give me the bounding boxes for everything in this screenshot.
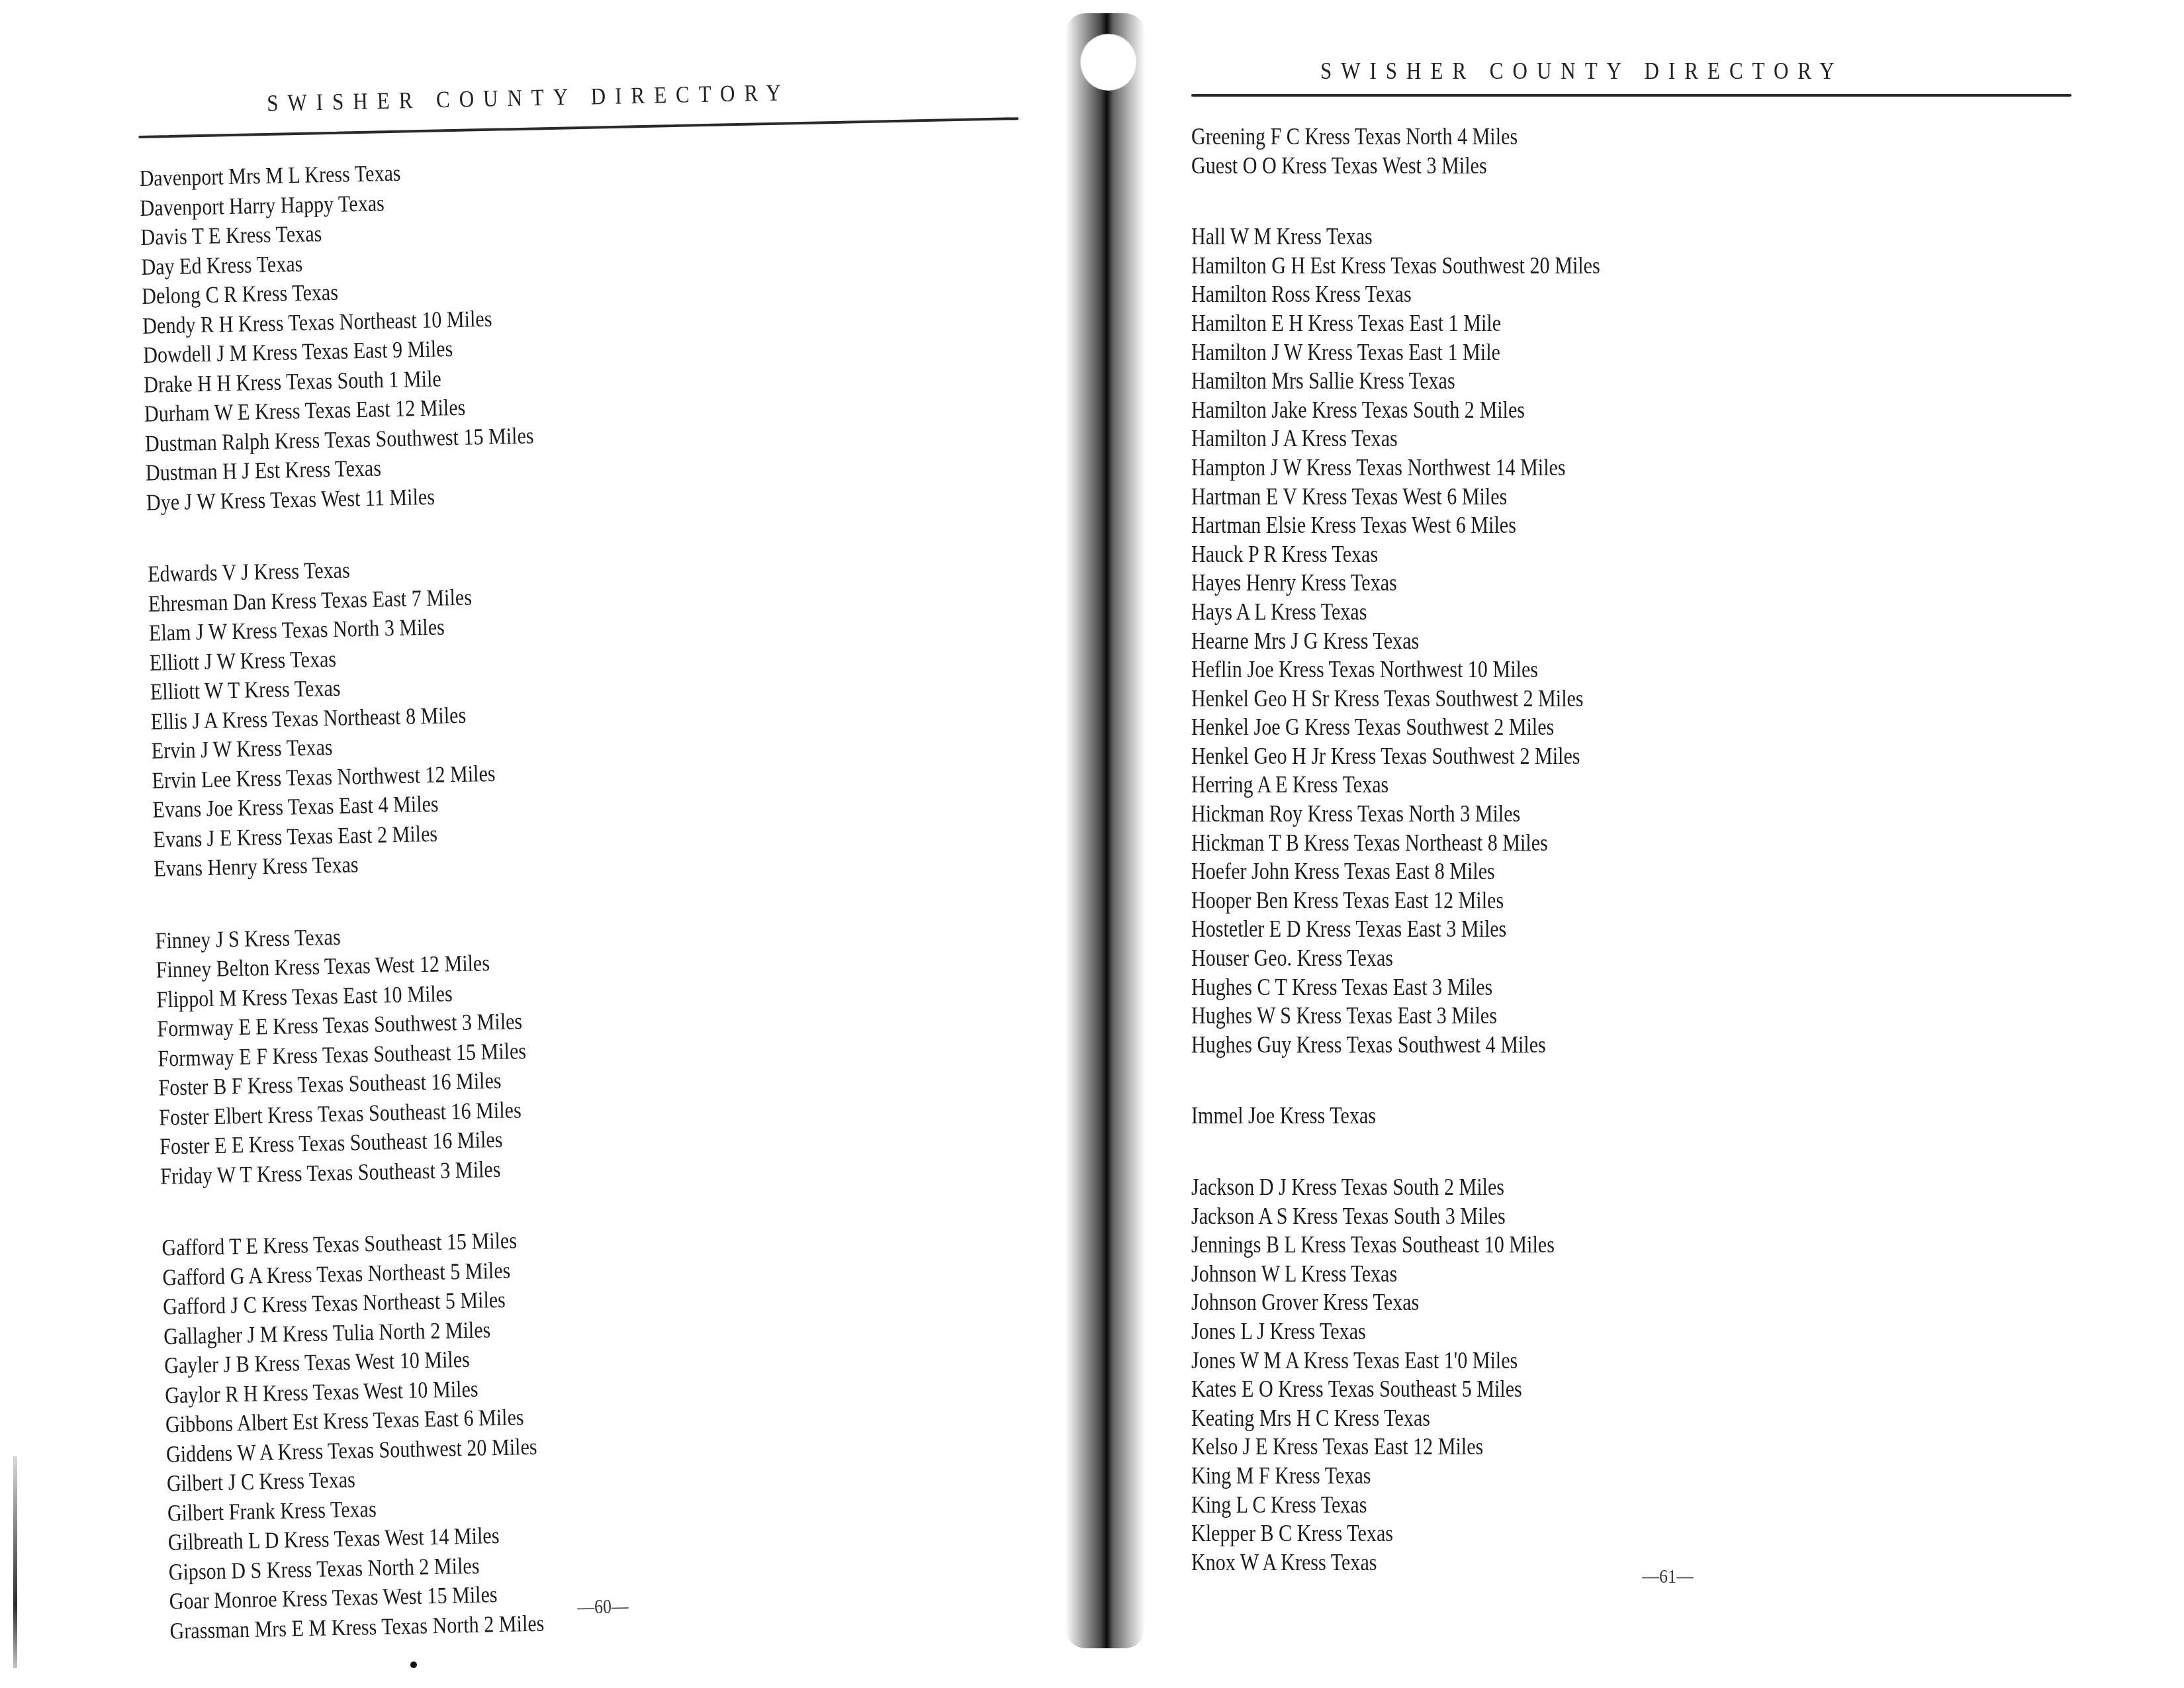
directory-entry: Jackson A S Kress Texas South 3 Miles — [1191, 1202, 1600, 1231]
directory-entry: Immel Joe Kress Texas — [1191, 1102, 1600, 1131]
directory-entry: Hartman E V Kress Texas West 6 Miles — [1191, 483, 1600, 512]
directory-entry: Hoefer John Kress Texas East 8 Miles — [1191, 857, 1600, 886]
directory-entry: Henkel Geo H Sr Kress Texas Southwest 2 … — [1191, 684, 1600, 714]
directory-entry: Hughes Guy Kress Texas Southwest 4 Miles — [1191, 1031, 1600, 1060]
directory-entry: Heflin Joe Kress Texas Northwest 10 Mile… — [1191, 655, 1600, 684]
right-page: SWISHER COUNTY DIRECTORY Greening F C Kr… — [1152, 0, 2184, 1688]
group-spacer — [1191, 180, 1666, 222]
directory-entry: Jennings B L Kress Texas Southeast 10 Mi… — [1191, 1231, 1600, 1260]
directory-entry: Hamilton Ross Kress Texas — [1191, 280, 1600, 309]
directory-entry: Hamilton J W Kress Texas East 1 Mile — [1191, 338, 1600, 367]
directory-entry: Johnson Grover Kress Texas — [1191, 1288, 1600, 1317]
directory-entry: Henkel Joe G Kress Texas Southwest 2 Mil… — [1191, 713, 1600, 742]
header-rule — [138, 117, 1019, 138]
directory-entry: Jones W M A Kress Texas East 1'0 Miles — [1191, 1346, 1600, 1376]
directory-entry: Guest O O Kress Texas West 3 Miles — [1191, 152, 1600, 181]
running-head: SWISHER COUNTY DIRECTORY — [267, 79, 790, 117]
punch-hole — [1081, 34, 1136, 90]
directory-entry: Greening F C Kress Texas North 4 Miles — [1191, 122, 1600, 152]
group-spacer — [1191, 1131, 1666, 1173]
directory-entry: Hartman Elsie Kress Texas West 6 Miles — [1191, 511, 1600, 540]
directory-entry: Keating Mrs H C Kress Texas — [1191, 1404, 1600, 1433]
directory-entry: Hamilton Mrs Sallie Kress Texas — [1191, 367, 1600, 396]
left-page-content: SWISHER COUNTY DIRECTORY Davenport Mrs M… — [136, 0, 1051, 1687]
directory-entry: Hughes C T Kress Texas East 3 Miles — [1191, 973, 1600, 1002]
directory-entry: Johnson W L Kress Texas — [1191, 1260, 1600, 1289]
directory-entry: Hamilton E H Kress Texas East 1 Mile — [1191, 309, 1600, 338]
right-page-content: SWISHER COUNTY DIRECTORY Greening F C Kr… — [1191, 0, 2131, 1688]
directory-entry: Hickman Roy Kress Texas North 3 Miles — [1191, 800, 1600, 829]
left-page: SWISHER COUNTY DIRECTORY Davenport Mrs M… — [0, 0, 1059, 1688]
directory-entry: King L C Kress Texas — [1191, 1491, 1600, 1520]
page-number: —61— — [1642, 1566, 1693, 1588]
directory-list: Davenport Mrs M L Kress TexasDavenport H… — [139, 155, 622, 1646]
directory-entry: Houser Geo. Kress Texas — [1191, 944, 1600, 973]
directory-entry: Herring A E Kress Texas — [1191, 771, 1600, 800]
directory-entry: Jackson D J Kress Texas South 2 Miles — [1191, 1173, 1600, 1202]
directory-entry: Hayes Henry Kress Texas — [1191, 569, 1600, 598]
directory-entry: Kates E O Kress Texas Southeast 5 Miles — [1191, 1375, 1600, 1404]
header-rule — [1191, 94, 2071, 97]
directory-entry: Hostetler E D Kress Texas East 3 Miles — [1191, 915, 1600, 944]
binding-gutter — [1066, 13, 1145, 1648]
directory-entry: Hamilton Jake Kress Texas South 2 Miles — [1191, 396, 1600, 425]
running-head: SWISHER COUNTY DIRECTORY — [1320, 58, 1844, 85]
directory-entry: Hughes W S Kress Texas East 3 Miles — [1191, 1002, 1600, 1031]
directory-entry: Hays A L Kress Texas — [1191, 598, 1600, 627]
scan-edge-shadow — [13, 1456, 17, 1668]
directory-entry: Hamilton G H Est Kress Texas Southwest 2… — [1191, 252, 1600, 281]
directory-entry: Jones L J Kress Texas — [1191, 1317, 1600, 1346]
directory-entry: Knox W A Kress Texas — [1191, 1548, 1600, 1577]
directory-entry: Hampton J W Kress Texas Northwest 14 Mil… — [1191, 453, 1600, 483]
directory-entry: King M F Kress Texas — [1191, 1462, 1600, 1491]
directory-entry: Hearne Mrs J G Kress Texas — [1191, 627, 1600, 656]
directory-entry: Klepper B C Kress Texas — [1191, 1519, 1600, 1548]
directory-entry: Hall W M Kress Texas — [1191, 222, 1600, 252]
directory-list: Greening F C Kress Texas North 4 MilesGu… — [1191, 122, 1666, 1577]
directory-entry: Hooper Ben Kress Texas East 12 Miles — [1191, 886, 1600, 915]
directory-entry: Henkel Geo H Jr Kress Texas Southwest 2 … — [1191, 742, 1600, 771]
directory-entry: Hamilton J A Kress Texas — [1191, 424, 1600, 453]
group-spacer — [1191, 1059, 1666, 1102]
directory-entry: Hauck P R Kress Texas — [1191, 540, 1600, 569]
page-number: —60— — [577, 1595, 629, 1619]
directory-entry: Kelso J E Kress Texas East 12 Miles — [1191, 1432, 1600, 1462]
ink-speck — [410, 1662, 417, 1668]
directory-entry: Hickman T B Kress Texas Northeast 8 Mile… — [1191, 829, 1600, 858]
